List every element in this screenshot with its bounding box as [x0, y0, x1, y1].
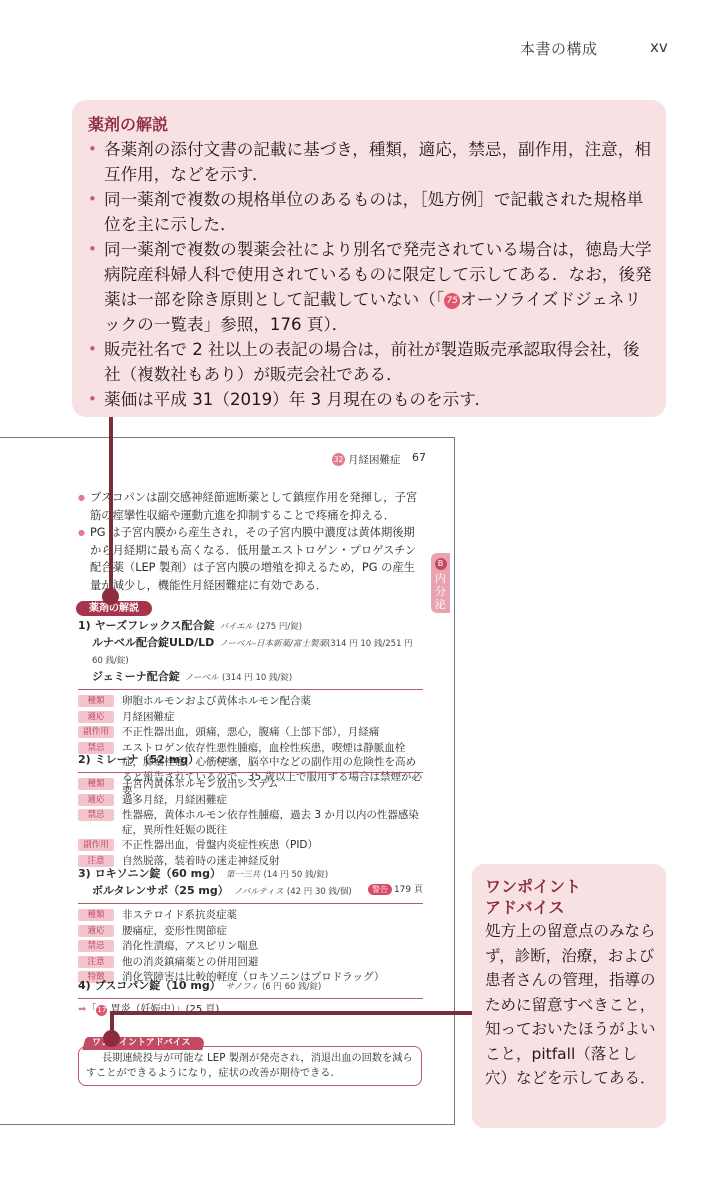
- callout-bullet: 同一薬剤で複数の製薬会社により別名で発売されている場合は，徳島大学病院産科婦人科…: [88, 237, 652, 337]
- warning-reference[interactable]: 警告179 頁: [368, 883, 423, 898]
- warning-badge: 警告: [368, 884, 392, 895]
- info-text: 性器癌，黄体ホルモン依存性腫瘍，過去 3 か月以内の性器感染症，異所性妊娠の既往: [122, 808, 423, 837]
- callout-title: アドバイス: [485, 897, 656, 918]
- connector-line: [109, 417, 113, 599]
- chapter-number-icon: 32: [332, 453, 345, 466]
- drug-price: (314 円 10 銭/錠): [222, 673, 292, 683]
- callout-one-point-advice: ワンポイント アドバイス 処方上の留意点のみならず，診断，治療，および患者さんの…: [472, 864, 666, 1128]
- chapter-number-icon: 17: [96, 1005, 107, 1016]
- drug-heading: ジェミーナ配合錠ノーベル (314 円 10 銭/錠): [78, 669, 423, 686]
- connector-line: [110, 1011, 472, 1015]
- drug-name: ブスコパン錠（10 mg）: [95, 979, 221, 992]
- info-label: 注意: [78, 956, 114, 968]
- running-head-title: 本書の構成: [520, 38, 598, 59]
- drug-entry-2: 2)ミレーナ（52 mg）バイエル 種類子宮内黄体ホルモン放出システム 適応過多…: [78, 752, 423, 869]
- drug-maker: ノーベル-日本新薬/富士製薬: [219, 639, 327, 649]
- callout-bullet: 薬価は平成 31（2019）年 3 月現在のものを示す．: [88, 387, 652, 412]
- info-label: 禁忌: [78, 809, 114, 821]
- drug-maker: サノフィ: [226, 982, 259, 992]
- divider: [78, 772, 423, 773]
- drug-info-row: 適応腰痛症，変形性関節症: [78, 924, 423, 939]
- drug-price: (14 円 50 銭/錠): [263, 870, 328, 880]
- drug-info-row: 禁忌消化性潰瘍，アスピリン喘息: [78, 939, 423, 954]
- drug-info-row: 禁忌性器癌，黄体ホルモン依存性腫瘍，過去 3 か月以内の性器感染症，異所性妊娠の…: [78, 808, 423, 837]
- drug-heading: 4)ブスコパン錠（10 mg）サノフィ (6 円 60 銭/錠): [78, 978, 423, 995]
- drug-number: 1): [78, 619, 91, 632]
- drug-info-row: 種類子宮内黄体ホルモン放出システム: [78, 777, 423, 792]
- drug-heading: ルナベル配合錠ULD/LDノーベル-日本新薬/富士製薬(314 円 10 銭/2…: [78, 635, 423, 669]
- callout-title: ワンポイント: [485, 876, 656, 897]
- callout-bullet-list: 各薬剤の添付文書の記載に基づき，種類，適応，禁忌，副作用，注意，相互作用，などを…: [88, 137, 652, 412]
- drug-name: ボルタレンサポ（25 mg）: [92, 884, 229, 897]
- drug-info-row: 適応月経困難症: [78, 710, 423, 725]
- callout-bullet: 同一薬剤で複数の規格単位のあるものは，［処方例］で記載された規格単位を主に示した…: [88, 187, 652, 237]
- sample-intro: ブスコパンは副交感神経節遮断薬として鎮痙作用を発揮し，子宮筋の痙攣性収縮や運動亢…: [78, 489, 423, 594]
- drug-info-row: 種類非ステロイド系抗炎症薬: [78, 908, 423, 923]
- drug-maker: バイエル: [204, 756, 238, 766]
- drug-name: ロキソニン錠（60 mg）: [95, 867, 221, 880]
- drug-price: (275 円/錠): [257, 622, 302, 632]
- chapter-title: 月経困難症: [348, 454, 401, 466]
- drug-info-row: 副作用不正性器出血，骨盤内炎症性疾患（PID）: [78, 838, 423, 853]
- info-label: 副作用: [78, 726, 114, 738]
- info-label: 注意: [78, 855, 114, 867]
- crossref-open: 「: [86, 1004, 96, 1015]
- callout-bullet: 各薬剤の添付文書の記載に基づき，種類，適応，禁忌，副作用，注意，相互作用，などを…: [88, 137, 652, 187]
- callout-title: 薬剤の解説: [88, 112, 652, 135]
- drug-name: ヤーズフレックス配合錠: [95, 619, 215, 632]
- info-label: 適応: [78, 925, 114, 937]
- info-text: 過多月経，月経困難症: [122, 793, 423, 808]
- info-label: 副作用: [78, 839, 114, 851]
- one-point-advice-box: 長期連続投与が可能な LEP 製剤が発売され，消退出血の回数を減らすことができる…: [78, 1046, 422, 1086]
- drug-entry-3: 3)ロキソニン錠（60 mg）第一三共 (14 円 50 銭/錠) 警告179 …: [78, 866, 423, 986]
- intro-paragraph: ブスコパンは副交感神経節遮断薬として鎮痙作用を発揮し，子宮筋の痙攣性収縮や運動亢…: [78, 489, 423, 524]
- drug-name: ジェミーナ配合錠: [92, 670, 180, 683]
- info-text: 卵胞ホルモンおよび黄体ホルモン配合薬: [122, 694, 423, 709]
- info-text: 消化性潰瘍，アスピリン喘息: [122, 939, 423, 954]
- callout-drug-explanation: 薬剤の解説 各薬剤の添付文書の記載に基づき，種類，適応，禁忌，副作用，注意，相互…: [72, 100, 666, 417]
- callout-body: 処方上の留意点のみならず，診断，治療，および患者さんの管理，指導のために留意すべ…: [485, 919, 656, 1091]
- info-text: 他の消炎鎮痛薬との併用回避: [122, 955, 423, 970]
- info-label: 禁忌: [78, 940, 114, 952]
- drug-name: ミレーナ（52 mg）: [95, 753, 199, 766]
- info-text: 腰痛症，変形性関節症: [122, 924, 423, 939]
- drug-maker: バイエル: [219, 622, 253, 632]
- drug-number: 4): [78, 979, 91, 992]
- info-text: 不正性器出血，骨盤内炎症性疾患（PID）: [122, 838, 423, 853]
- drug-number: 2): [78, 753, 91, 766]
- drug-price: (6 円 60 銭/錠): [262, 982, 321, 992]
- drug-info-row: 適応過多月経，月経困難症: [78, 793, 423, 808]
- connector-dot: [103, 1030, 120, 1047]
- drug-number: 3): [78, 867, 91, 880]
- drug-maker: ノバルティス: [234, 887, 284, 897]
- page-number: xv: [650, 38, 668, 56]
- drug-maker: 第一三共: [226, 870, 260, 880]
- info-label: 種類: [78, 695, 114, 707]
- info-text: 不正性器出血，頭痛，悪心，腹痛（上部下部），月経痛: [122, 725, 423, 740]
- drug-info-row: 種類卵胞ホルモンおよび黄体ホルモン配合薬: [78, 694, 423, 709]
- info-text: 非ステロイド系抗炎症薬: [122, 908, 423, 923]
- sample-page-number: 67: [412, 451, 426, 464]
- drug-name: ルナベル配合錠ULD/LD: [92, 636, 214, 649]
- info-label: 種類: [78, 778, 114, 790]
- drug-heading: 2)ミレーナ（52 mg）バイエル: [78, 752, 423, 769]
- tab-label: 内分泌: [435, 572, 447, 611]
- divider: [78, 689, 423, 690]
- reference-number-icon: 75: [444, 293, 460, 309]
- drug-info-row: 注意他の消炎鎮痛薬との併用回避: [78, 955, 423, 970]
- drug-heading: 1)ヤーズフレックス配合錠バイエル (275 円/錠): [78, 618, 423, 635]
- intro-paragraph: PG は子宮内膜から産生され，その子宮内膜中濃度は黄体期後期から月経期に最も高く…: [78, 524, 423, 594]
- advice-tag: ワンポイントアドバイス: [82, 1037, 206, 1050]
- connector-dot: [102, 588, 119, 605]
- sample-page-chapter: 32月経困難症: [332, 452, 401, 467]
- callout-bullet: 販売社名で 2 社以上の表記の場合は，前社が製造販売承認取得会社，後社（複数社も…: [88, 337, 652, 387]
- info-label: 適応: [78, 711, 114, 723]
- drug-heading: 3)ロキソニン錠（60 mg）第一三共 (14 円 50 銭/錠): [78, 866, 423, 883]
- divider: [78, 998, 423, 999]
- drug-price: (42 円 30 銭/個): [287, 887, 352, 897]
- info-text: 月経困難症: [122, 710, 423, 725]
- advice-text: 長期連続投与が可能な LEP 製剤が発売され，消退出血の回数を減らすことができる…: [86, 1053, 413, 1079]
- drug-info-row: 副作用不正性器出血，頭痛，悪心，腹痛（上部下部），月経痛: [78, 725, 423, 740]
- info-label: 種類: [78, 909, 114, 921]
- info-label: 適応: [78, 794, 114, 806]
- warning-page: 179 頁: [394, 885, 423, 895]
- side-index-tab: B 内分泌: [431, 553, 450, 613]
- drug-maker: ノーベル: [185, 673, 219, 683]
- divider: [78, 903, 423, 904]
- tab-letter-icon: B: [435, 558, 447, 570]
- drug-heading: 警告179 頁 ボルタレンサポ（25 mg）ノバルティス (42 円 30 銭/…: [78, 883, 423, 900]
- info-text: 子宮内黄体ホルモン放出システム: [122, 777, 423, 792]
